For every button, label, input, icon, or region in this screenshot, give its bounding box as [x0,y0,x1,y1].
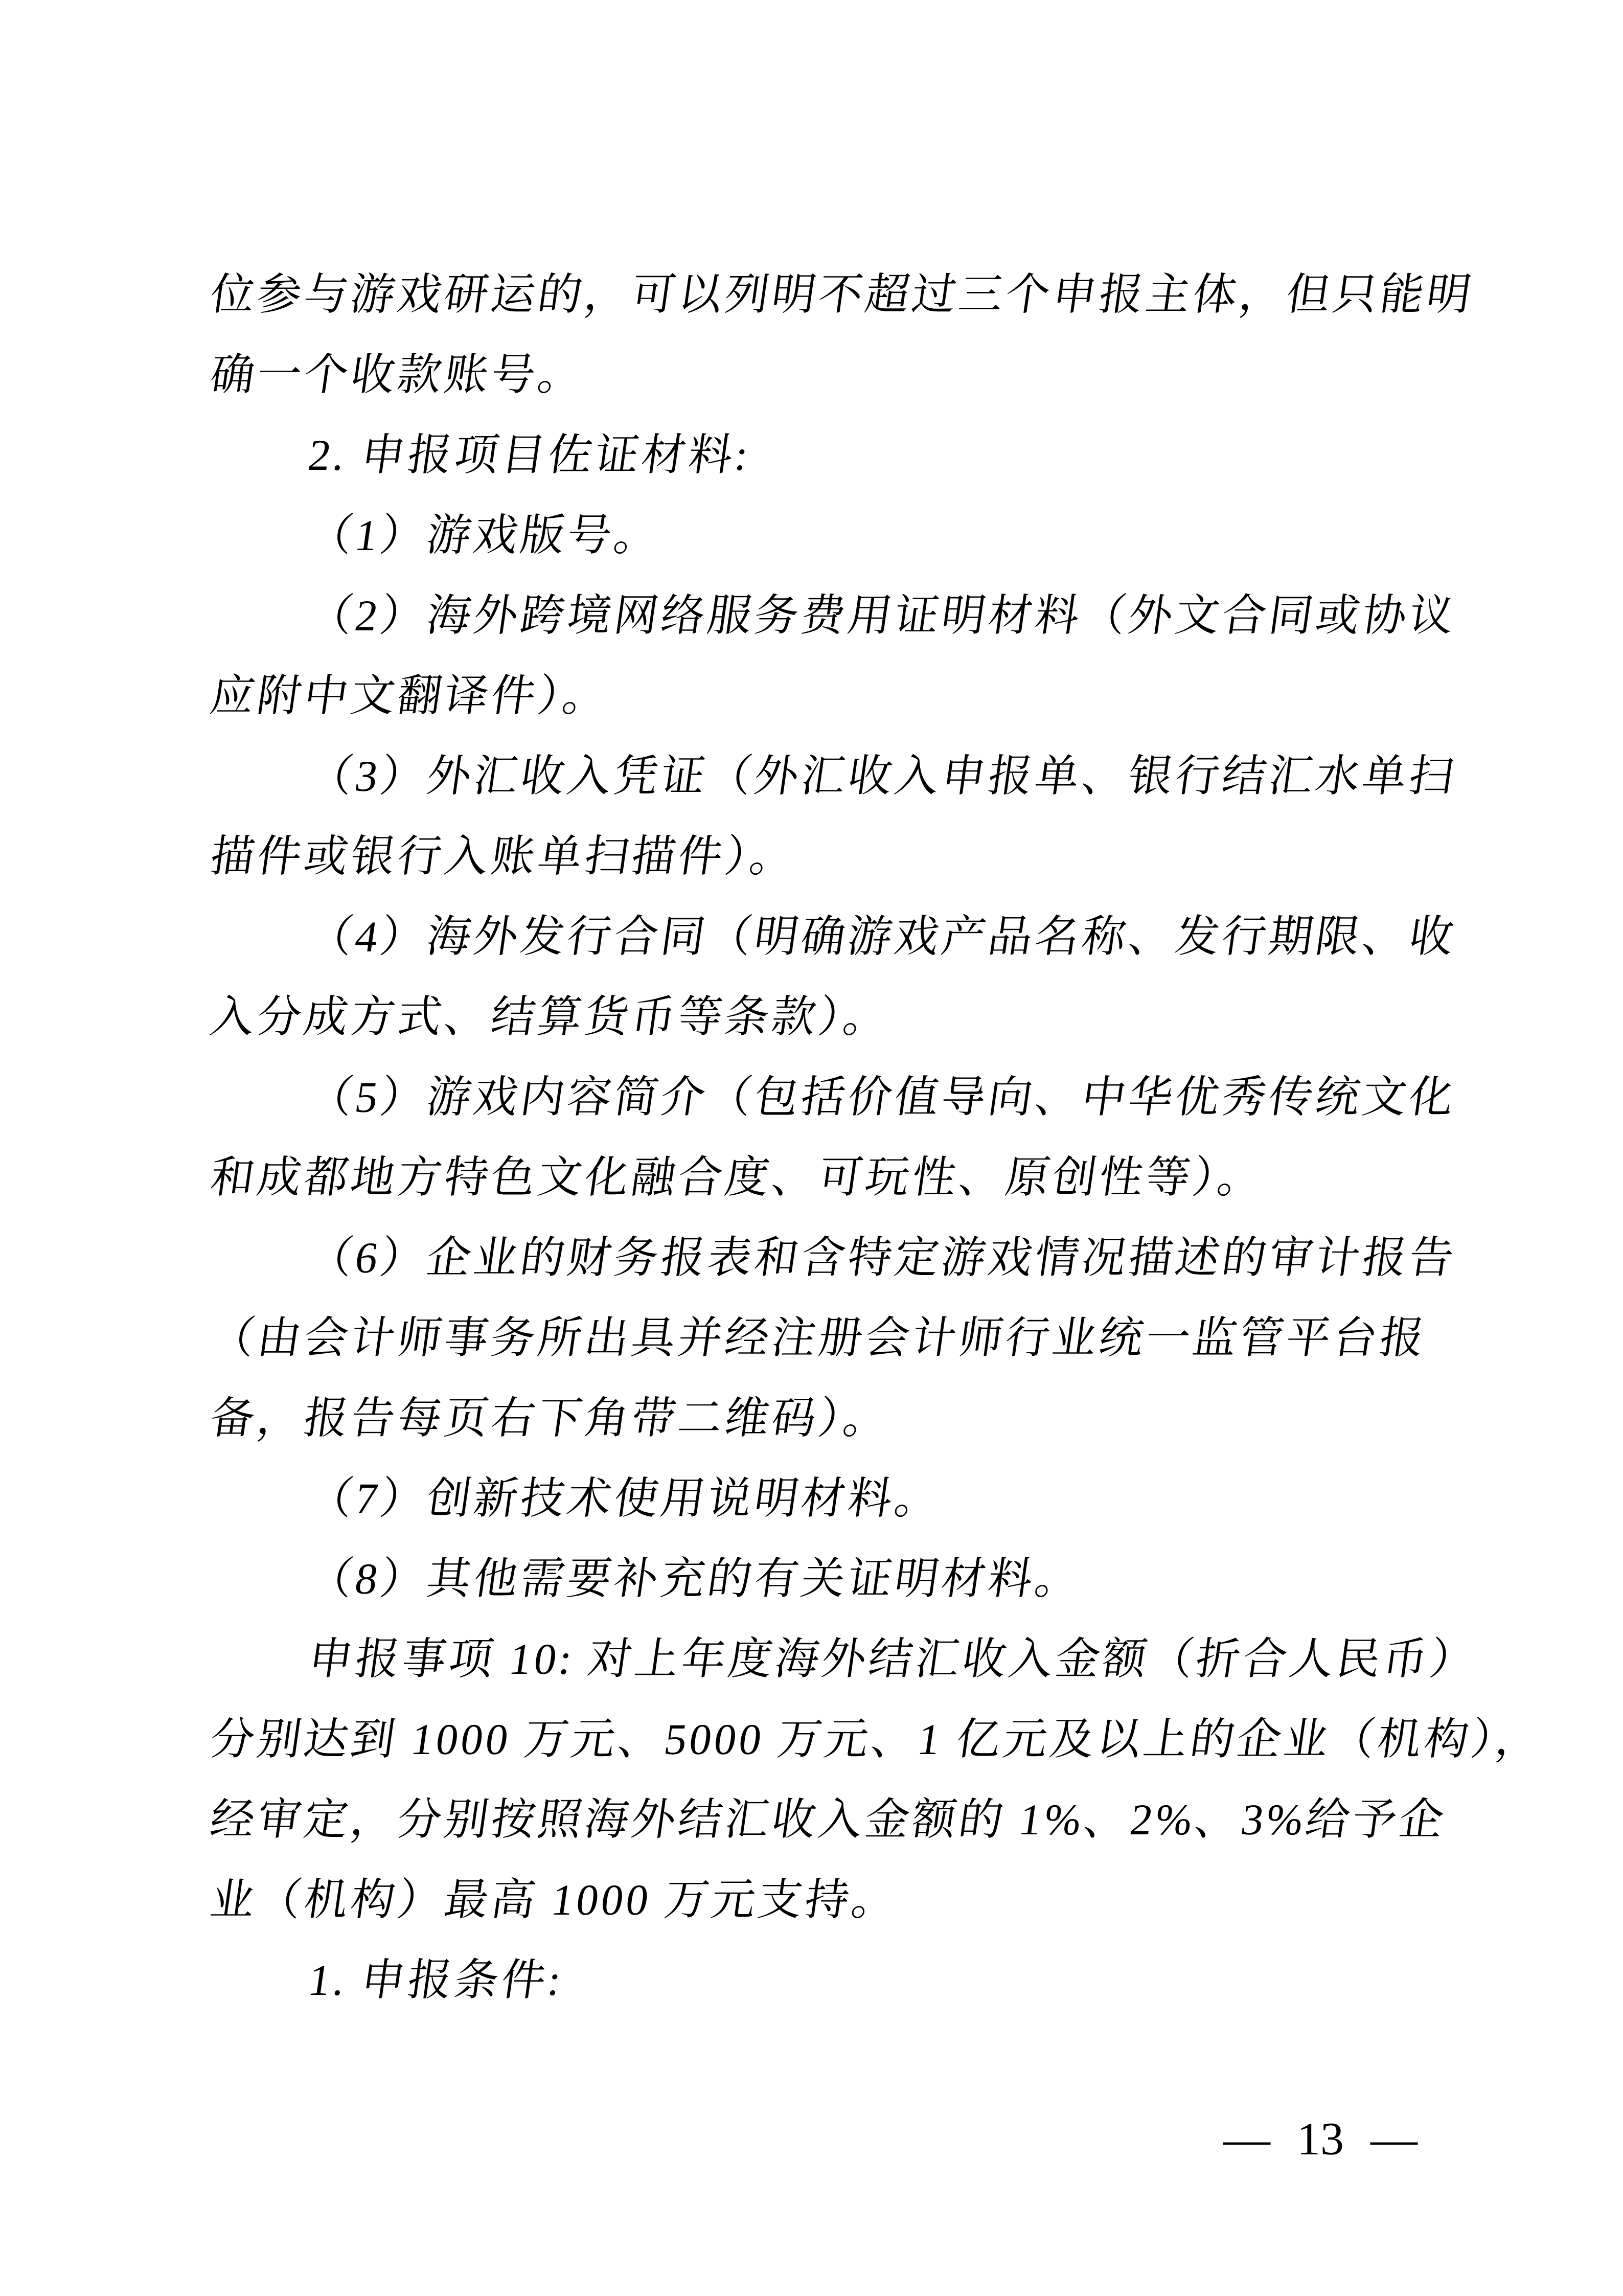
footer-dash-left: — [1223,2110,1270,2167]
page-number: 13 [1297,2110,1344,2167]
text-line: 1. 申报条件: [205,1940,1438,2020]
page-footer: — 13 — [1223,2110,1418,2167]
document-page: 位参与游戏研运的，可以列明不超过三个申报主体，但只能明 确一个收款账号。 2. … [0,0,1623,2296]
text-line: （1）游戏版号。 [205,495,1438,576]
text-line: （5）游戏内容简介（包括价值导向、中华优秀传统文化 [205,1057,1438,1138]
footer-dash-right: — [1370,2110,1418,2167]
text-line: （2）海外跨境网络服务费用证明材料（外文合同或协议 [205,576,1438,656]
text-line: 备，报告每页右下角带二维码）。 [205,1378,1438,1459]
text-line: 2. 申报项目佐证材料: [205,415,1438,495]
text-line: （8）其他需要补充的有关证明材料。 [205,1539,1438,1619]
text-line: 确一个收款账号。 [205,335,1438,415]
text-line: 分别达到 1000 万元、5000 万元、1 亿元及以上的企业（机构）， [205,1699,1438,1780]
document-body: 位参与游戏研运的，可以列明不超过三个申报主体，但只能明 确一个收款账号。 2. … [211,255,1432,2020]
text-line: （由会计师事务所出具并经注册会计师行业统一监管平台报 [205,1298,1438,1378]
text-line: 应附中文翻译件）。 [205,656,1438,736]
text-line: （7）创新技术使用说明材料。 [205,1459,1438,1539]
text-line: 和成都地方特色文化融合度、可玩性、原创性等）。 [205,1138,1438,1218]
text-line: （6）企业的财务报表和含特定游戏情况描述的审计报告 [205,1218,1438,1298]
text-line: 申报事项 10: 对上年度海外结汇收入金额（折合人民币） [205,1619,1438,1699]
text-line: 经审定，分别按照海外结汇收入金额的 1%、2%、3%给予企 [205,1780,1438,1860]
text-line: 位参与游戏研运的，可以列明不超过三个申报主体，但只能明 [205,255,1438,335]
text-line: （4）海外发行合同（明确游戏产品名称、发行期限、收 [205,897,1438,977]
text-line: （3）外汇收入凭证（外汇收入申报单、银行结汇水单扫 [205,736,1438,816]
text-line: 描件或银行入账单扫描件）。 [205,816,1438,897]
text-line: 入分成方式、结算货币等条款）。 [205,977,1438,1057]
text-line: 业（机构）最高 1000 万元支持。 [205,1860,1438,1940]
